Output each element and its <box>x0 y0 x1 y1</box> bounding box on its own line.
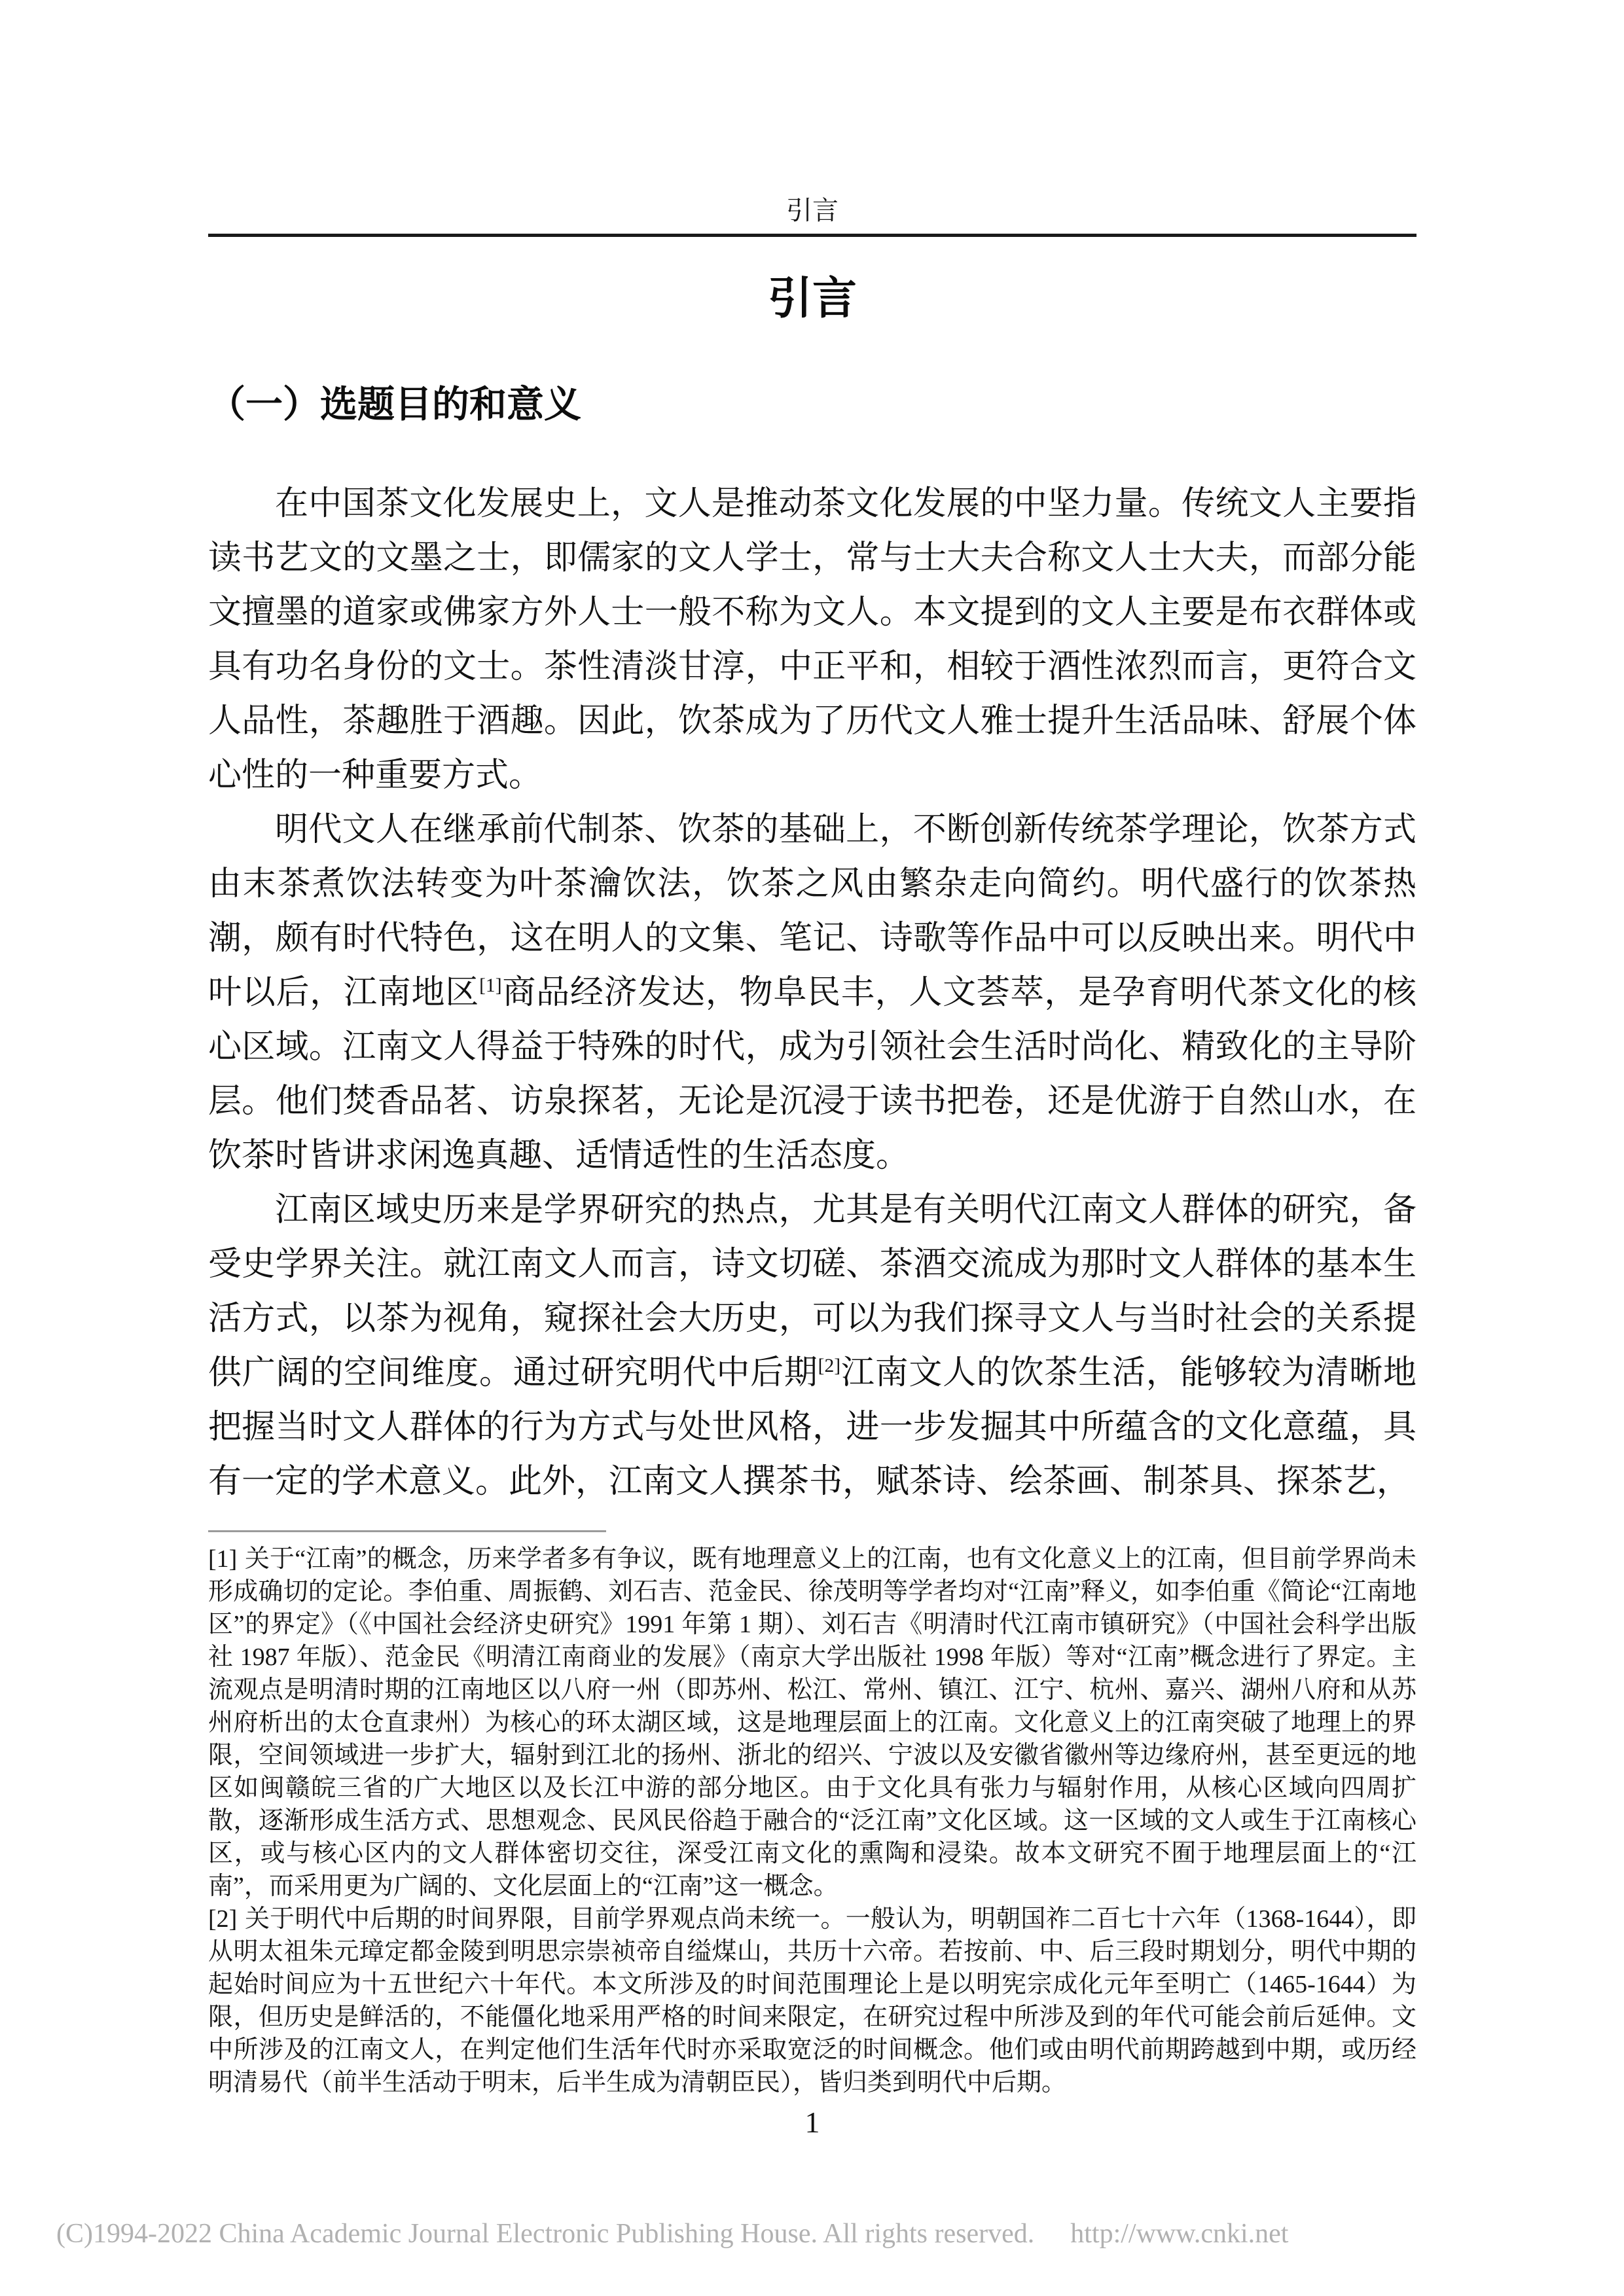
footnote-1-label: [1] <box>208 1545 237 1573</box>
copyright-footer: (C)1994-2022 China Academic Journal Elec… <box>56 2217 1288 2250</box>
copyright-text: (C)1994-2022 China Academic Journal Elec… <box>56 2219 1034 2249</box>
footnote-separator <box>208 1530 606 1532</box>
footnote-2-text: 关于明代中后期的时间界限，目前学界观点尚未统一。一般认为，明朝国祚二百七十六年（… <box>208 1905 1416 2096</box>
paragraph-2: 明代文人在继承前代制茶、饮茶的基础上，不断创新传统茶学理论，饮茶方式由末茶煮饮法… <box>208 803 1416 1183</box>
header-rule <box>208 234 1416 237</box>
footnote-1-text: 关于“江南”的概念，历来学者多有争议，既有地理意义上的江南，也有文化意义上的江南… <box>208 1545 1416 1900</box>
paragraph-1: 在中国茶文化发展史上，文人是推动茶文化发展的中坚力量。传统文人主要指读书艺文的文… <box>208 477 1416 803</box>
footnote-ref-2: [2] <box>818 1355 841 1376</box>
running-header: 引言 <box>208 198 1416 224</box>
page-content: 引言 引言 （一）选题目的和意义 在中国茶文化发展史上，文人是推动茶文化发展的中… <box>208 0 1416 2142</box>
document-page: 引言 引言 （一）选题目的和意义 在中国茶文化发展史上，文人是推动茶文化发展的中… <box>0 0 1624 2296</box>
body-text: 在中国茶文化发展史上，文人是推动茶文化发展的中坚力量。传统文人主要指读书艺文的文… <box>208 477 1416 1509</box>
section-heading: （一）选题目的和意义 <box>208 386 1416 423</box>
running-header-text: 引言 <box>786 196 839 225</box>
footnotes-section: [1]关于“江南”的概念，历来学者多有争议，既有地理意义上的江南，也有文化意义上… <box>208 1543 1416 2099</box>
footnote-1: [1]关于“江南”的概念，历来学者多有争议，既有地理意义上的江南，也有文化意义上… <box>208 1543 1416 1903</box>
page-title: 引言 <box>208 276 1416 321</box>
footnote-ref-1: [1] <box>479 975 502 996</box>
paragraph-1-text: 在中国茶文化发展史上，文人是推动茶文化发展的中坚力量。传统文人主要指读书艺文的文… <box>208 486 1416 794</box>
footnote-2-label: [2] <box>208 1905 237 1933</box>
page-number: 1 <box>208 2103 1416 2142</box>
cnki-url: http://www.cnki.net <box>1070 2219 1288 2249</box>
footnote-2: [2]关于明代中后期的时间界限，目前学界观点尚未统一。一般认为，明朝国祚二百七十… <box>208 1903 1416 2099</box>
paragraph-3: 江南区域史历来是学界研究的热点，尤其是有关明代江南文人群体的研究，备受史学界关注… <box>208 1183 1416 1509</box>
